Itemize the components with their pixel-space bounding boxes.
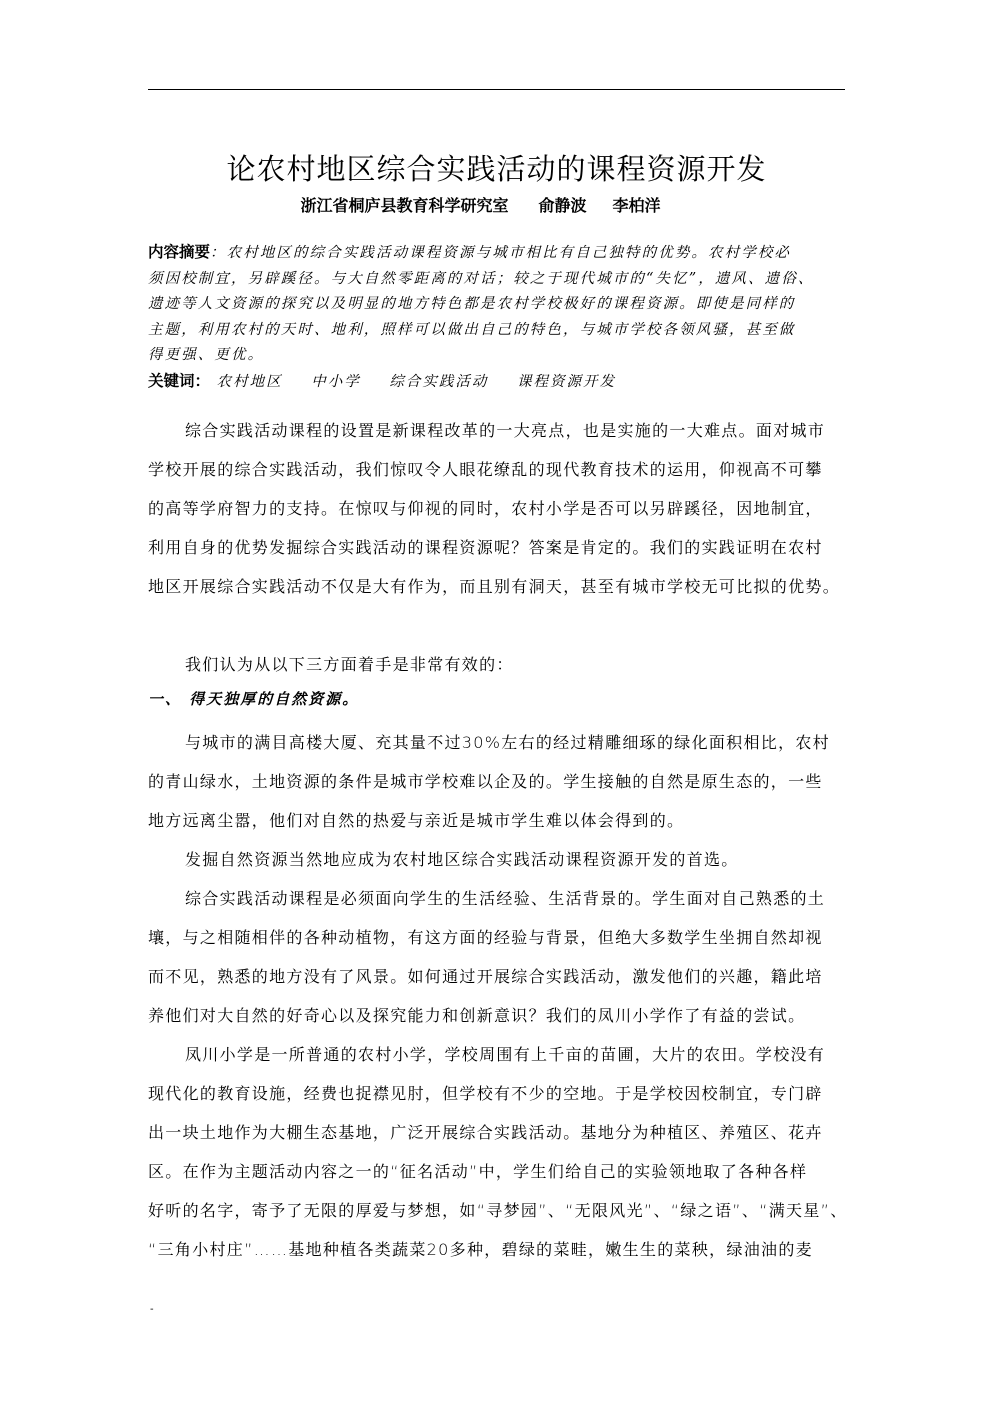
body-text-line: 我们认为从以下三方面着手是非常有效的： <box>185 652 514 675</box>
byline: 浙江省桐庐县教育科学研究室俞静波李柏洋 <box>0 193 993 216</box>
keyword: 综合实践活动 <box>389 374 488 390</box>
page-footer-mark: - <box>150 1304 154 1315</box>
abstract-line-1: 内容摘要：农村地区的综合实践活动课程资源与城市相比有自己独特的优势。农村学校必 <box>148 240 848 267</box>
body-text-line: 学校开展的综合实践活动，我们惊叹令人眼花缭乱的现代教育技术的运用，仰视高不可攀 <box>148 457 823 480</box>
author-name: 俞静波 <box>538 193 586 216</box>
body-text-line: 而不见，熟悉的地方没有了风景。如何通过开展综合实践活动，激发他们的兴趣，籍此培 <box>148 964 823 987</box>
section-heading: 一、 得天独厚的自然资源。 <box>148 688 359 709</box>
body-text-line: 壤，与之相随相伴的各种动植物，有这方面的经验与背景，但绝大多数学生坐拥自然却视 <box>148 925 823 948</box>
body-text-line: 出一块土地作为大棚生态基地，广泛开展综合实践活动。基地分为种植区、养殖区、花卉 <box>148 1120 823 1143</box>
body-text-line: 发掘自然资源当然地应成为农村地区综合实践活动课程资源开发的首选。 <box>185 847 739 870</box>
body-text-line: 区。在作为主题活动内容之一的“征名活动”中，学生们给自己的实验领地取了各种各样 <box>148 1159 807 1182</box>
body-text-line: 凤川小学是一所普通的农村小学，学校周围有上千亩的苗圃，大片的农田。学校没有 <box>185 1042 825 1065</box>
body-text-line: 的青山绿水，土地资源的条件是城市学校难以企及的。学生接触的自然是原生态的，一些 <box>148 769 823 792</box>
body-text-line: 的高等学府智力的支持。在惊叹与仰视的同时，农村小学是否可以另辟蹊径，因地制宜， <box>148 496 823 519</box>
author-institution: 浙江省桐庐县教育科学研究室 <box>300 193 508 216</box>
body-text-line: 综合实践活动课程的设置是新课程改革的一大亮点，也是实施的一大难点。面对城市 <box>185 418 825 441</box>
body-text-line: 现代化的教育设施，经费也捉襟见肘，但学校有不少的空地。于是学校因校制宜，专门辟 <box>148 1081 823 1104</box>
body-text-line: “三角小村庄”……基地种植各类蔬菜20多种，碧绿的菜畦，嫩生生的菜秧，绿油油的麦 <box>148 1237 813 1260</box>
header-rule <box>148 89 845 90</box>
body-text-line: 地方远离尘嚣，他们对自然的热爱与亲近是城市学生难以体会得到的。 <box>148 808 684 831</box>
body-text-line: 好听的名字，寄予了无限的厚爱与梦想，如“寻梦园”、“无限风光”、“绿之语”、“满… <box>148 1198 848 1221</box>
abstract-label: 内容摘要 <box>148 243 210 261</box>
document-title: 论农村地区综合实践活动的课程资源开发 <box>0 147 993 188</box>
keyword: 中小学 <box>311 374 361 390</box>
author-name: 李柏洋 <box>613 193 661 216</box>
abstract: 内容摘要：农村地区的综合实践活动课程资源与城市相比有自己独特的优势。农村学校必 … <box>148 240 848 369</box>
keywords: 关键词： 农村地区 中小学 综合实践活动 课程资源开发 <box>148 369 616 391</box>
abstract-line: 主题，利用农村的天时、地利，照样可以做出自己的特色，与城市学校各领风骚，甚至做 <box>148 318 848 344</box>
keywords-label: 关键词： <box>148 372 210 390</box>
abstract-line: 得更强、更优。 <box>148 343 848 369</box>
keyword: 农村地区 <box>217 374 283 390</box>
abstract-line: 须因校制宜，另辟蹊径。与大自然零距离的对话；较之于现代城市的“失忆”，遗风、遗俗… <box>148 267 848 293</box>
body-text-line: 养他们对大自然的好奇心以及探究能力和创新意识？我们的凤川小学作了有益的尝试。 <box>148 1003 805 1026</box>
body-text-line: 与城市的满目高楼大厦、充其量不过30%左右的经过精雕细琢的绿化面积相比，农村 <box>185 730 830 753</box>
body-text-line: 地区开展综合实践活动不仅是大有作为，而且别有洞天，甚至有城市学校无可比拟的优势。 <box>148 574 840 597</box>
abstract-line: 遗迹等人文资源的探究以及明显的地方特色都是农村学校极好的课程资源。即使是同样的 <box>148 292 848 318</box>
body-text-line: 综合实践活动课程是必须面向学生的生活经验、生活背景的。学生面对自己熟悉的土 <box>185 886 825 909</box>
keyword: 课程资源开发 <box>517 374 616 390</box>
body-text-line: 利用自身的优势发掘综合实践活动的课程资源呢？答案是肯定的。我们的实践证明在农村 <box>148 535 823 558</box>
